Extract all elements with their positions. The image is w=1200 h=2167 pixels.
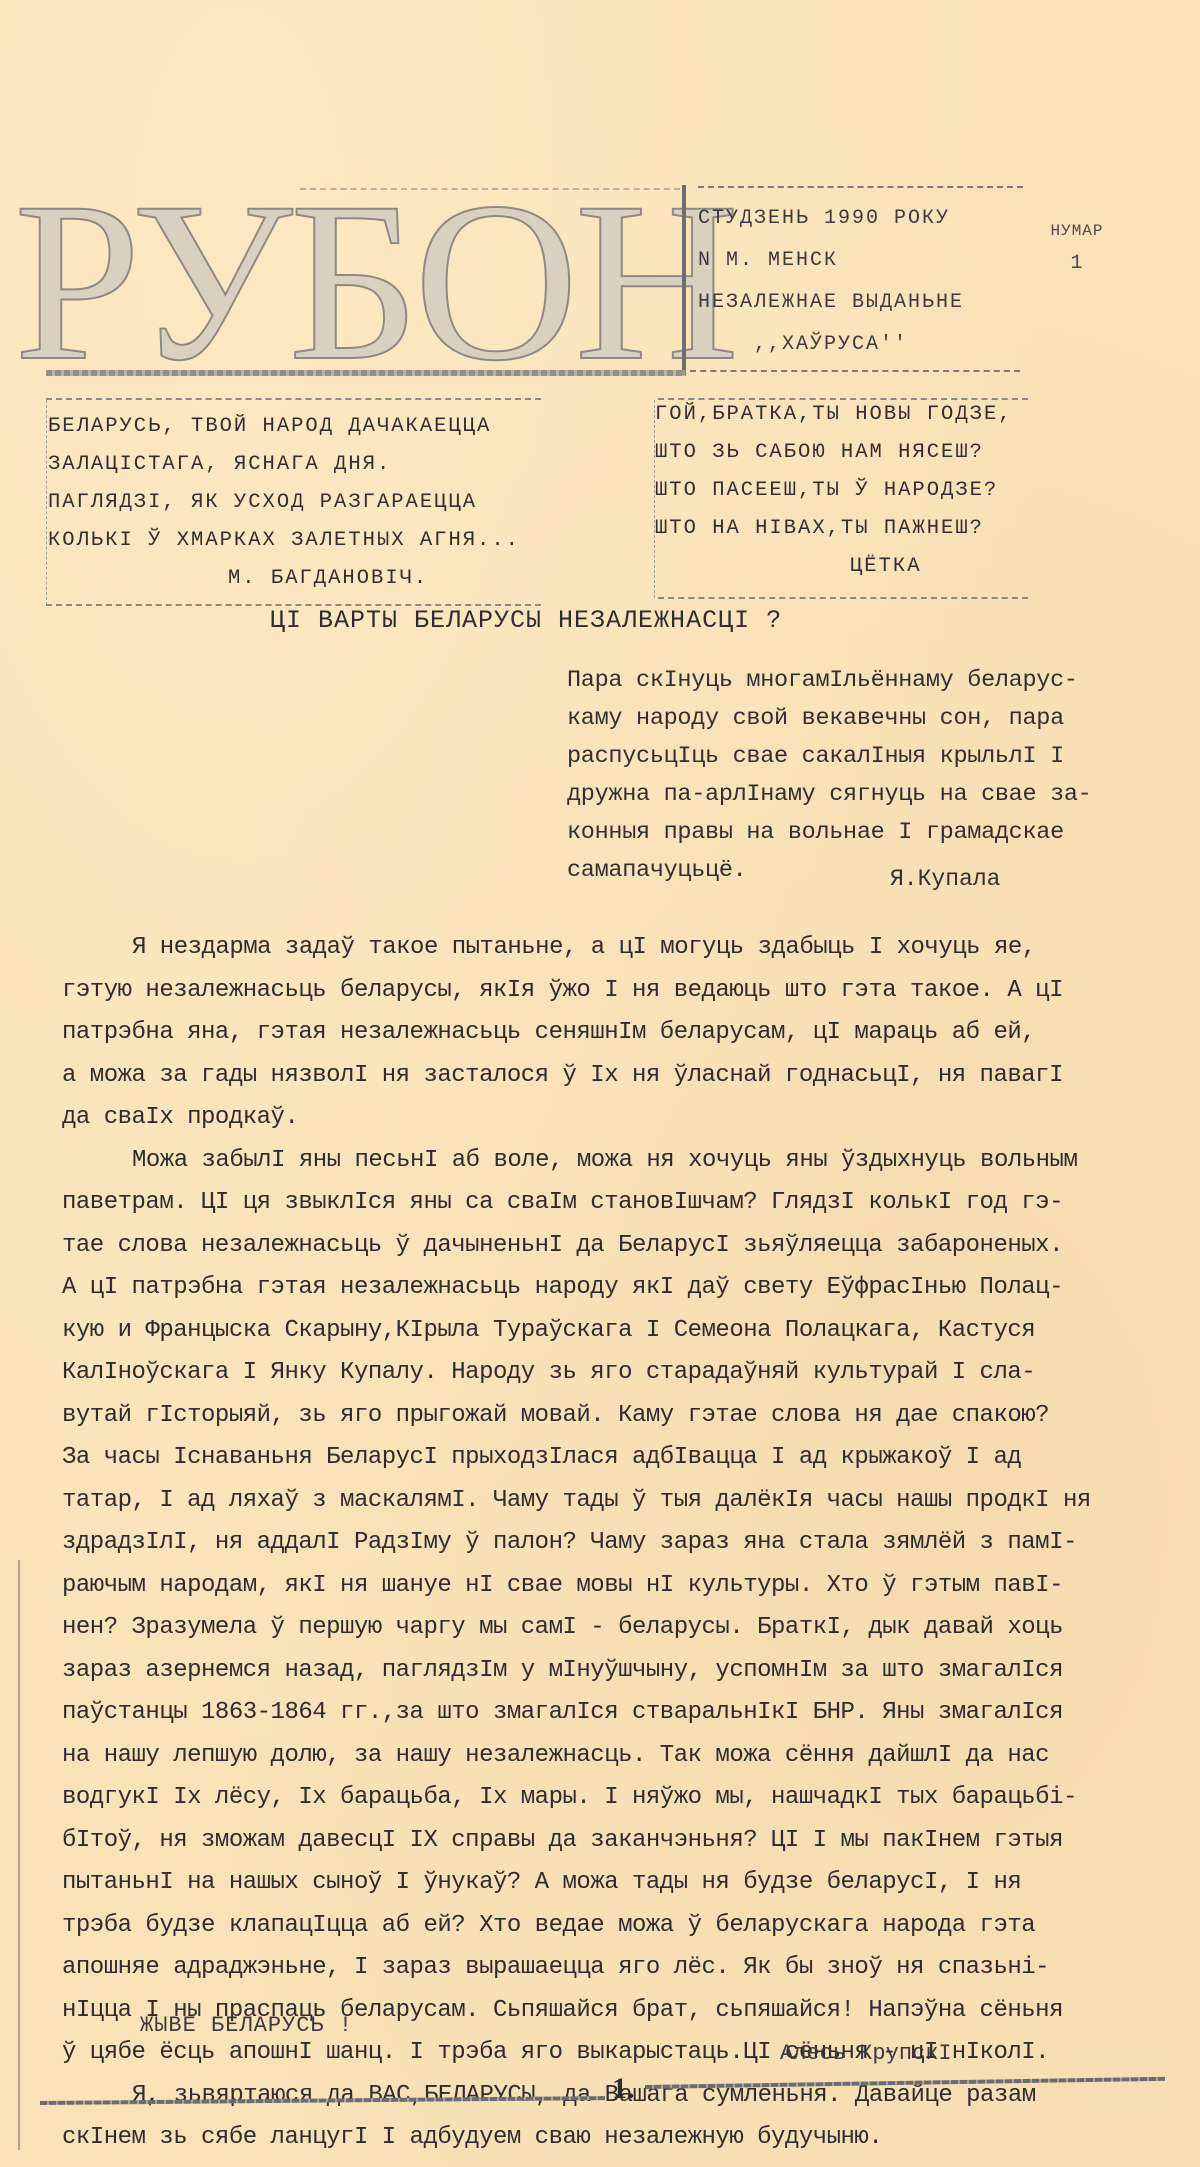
masthead-underline bbox=[46, 370, 686, 376]
closing-slogan: ЖЫВЕ БЕЛАРУСЬ ! bbox=[140, 2013, 353, 2038]
article-line: Я нездарма задаў такое пытаньне, а цІ мо… bbox=[62, 927, 1182, 970]
epigraph-right-bottom-divider bbox=[658, 597, 1028, 599]
page-margin-rule bbox=[18, 1560, 20, 2150]
epigraph-line: ШТО НА НІВАХ,ТЫ ПАЖНЕШ? bbox=[655, 510, 1075, 548]
article-line: кую и Францыска Скарыну,КІрыла Тураўскаг… bbox=[62, 1310, 1182, 1353]
quote-line: конныя правы на вольнае І грамадскае bbox=[567, 814, 1167, 852]
article-line: бІтоў, ня зможам давесцІ ІХ справы да за… bbox=[62, 1820, 1182, 1863]
newspaper-title: РУБОН bbox=[14, 195, 679, 370]
article-line: За часы Існаваньня БеларусІ прыходзІлася… bbox=[62, 1437, 1182, 1480]
article-line: паветрам. ЦІ ця звыклІся яны са сваІм ст… bbox=[62, 1182, 1182, 1225]
article-line: гэтую незалежнасьць беларусы, якІя ўжо І… bbox=[62, 970, 1182, 1013]
article-line: апошняе адраджэньне, І зараз вырашаецца … bbox=[62, 1947, 1182, 1990]
epigraph-author: ЦЁТКА bbox=[655, 548, 1075, 586]
article-line: татар, І ад ляхаў з маскалямІ. Чаму тады… bbox=[62, 1480, 1182, 1523]
article-line: раючым народам, якІ ня шануе нІ свае мов… bbox=[62, 1565, 1182, 1608]
kupala-quote: Пара скІнуць многамІльённаму беларус- ка… bbox=[567, 662, 1167, 890]
publisher-name: ,,ХАЎРУСА'' bbox=[754, 324, 1030, 366]
article-line: трэба будзе клапацІцца аб ей? Хто ведае … bbox=[62, 1905, 1182, 1948]
epigraph-line: КОЛЬКІ Ў ХМАРКАХ ЗАЛЕТНЫХ АГНЯ... bbox=[48, 522, 568, 560]
info-top-divider bbox=[698, 186, 1023, 188]
article-body: Я нездарма задаў такое пытаньне, а цІ мо… bbox=[62, 927, 1182, 2160]
article-line: скІнем зь сябе ланцугІ І адбудуем сваю н… bbox=[62, 2117, 1182, 2160]
article-line: а можа за гады нязволІ ня засталося ў Іх… bbox=[62, 1055, 1182, 1098]
quote-line: дружна па-арлІнаму сягнуць на свае за- bbox=[567, 776, 1167, 814]
article-line: пытаньнІ на нашых сыноў І ўнукаў? А можа… bbox=[62, 1862, 1182, 1905]
article-line: КалІноўскага І Янку Купалу. Народу зь яг… bbox=[62, 1352, 1182, 1395]
article-line: да сваІх продкаў. bbox=[62, 1097, 1182, 1140]
info-bottom-divider bbox=[690, 370, 1020, 372]
epigraph-line: ШТО ПАСЕЕШ,ТЫ Ў НАРОДЗЕ? bbox=[655, 472, 1075, 510]
article-line: здрадзІлІ, ня аддалІ РадзІму ў палон? Ча… bbox=[62, 1522, 1182, 1565]
epigraph-left-top-divider bbox=[46, 398, 541, 400]
epigraph-line: ЗАЛАЦІСТАГА, ЯСНАГА ДНЯ. bbox=[48, 446, 568, 484]
epigraph-line: ГОЙ,БРАТКА,ТЫ НОВЫ ГОДЗЕ, bbox=[655, 396, 1075, 434]
epigraph-line: БЕЛАРУСЬ, ТВОЙ НАРОД ДАЧАКАЕЦЦА bbox=[48, 408, 568, 446]
article-line: нен? Зразумела ў першую чаргу мы самІ - … bbox=[62, 1607, 1182, 1650]
publication-type: НЕЗАЛЕЖНАЕ ВЫДАНЬНЕ bbox=[698, 282, 1030, 324]
quote-line: распусьцІць свае сакалІныя крыльлІ І bbox=[567, 738, 1167, 776]
issue-number: 1 bbox=[1032, 252, 1122, 275]
epigraph-line: ШТО ЗЬ САБОЮ НАМ НЯСЕШ? bbox=[655, 434, 1075, 472]
epigraph-author: М. БАГДАНОВІЧ. bbox=[48, 560, 568, 598]
quote-line: Пара скІнуць многамІльённаму беларус- bbox=[567, 662, 1167, 700]
publication-info: СТУДЗЕНЬ 1990 РОКУ N М. МЕНСК НЕЗАЛЕЖНАЕ… bbox=[690, 186, 1030, 372]
epigraph-bahdanovich: БЕЛАРУСЬ, ТВОЙ НАРОД ДАЧАКАЕЦЦА ЗАЛАЦІСТ… bbox=[48, 408, 568, 598]
article-line: ў цябе ёсць апошнІ шанц. І трэба яго вык… bbox=[62, 2032, 1182, 2075]
article-line: паўстанцы 1863-1864 гг.,за што змагалІся… bbox=[62, 1692, 1182, 1735]
article-line: А цІ патрэбна гэтая незалежнасьць народу… bbox=[62, 1267, 1182, 1310]
article-line: водгукІ Іх лёсу, Іх барацьба, Іх мары. І… bbox=[62, 1777, 1182, 1820]
article-headline: ЦІ ВАРТЫ БЕЛАРУСЫ НЕЗАЛЕЖНАСЦІ ? bbox=[270, 606, 870, 635]
issue-block: НУМАР 1 bbox=[1032, 222, 1122, 275]
page-number: 1. bbox=[612, 2072, 635, 2106]
article-line: на нашу лепшую долю, за нашу незалежнасц… bbox=[62, 1735, 1182, 1778]
epigraph-left-side-rule bbox=[46, 400, 47, 605]
issue-label: НУМАР bbox=[1032, 222, 1122, 240]
article-line: патрэбна яна, гэтая незалежнасьць сеняшн… bbox=[62, 1012, 1182, 1055]
quote-author: Я.Купала bbox=[890, 866, 1000, 892]
epigraph-line: ПАГЛЯДЗІ, ЯК УСХОД РАЗГАРАЕЦЦА bbox=[48, 484, 568, 522]
masthead-vertical-divider bbox=[682, 185, 686, 375]
article-line: вутай гІсторыяй, зь яго прыгожай мовай. … bbox=[62, 1395, 1182, 1438]
quote-line: самапачуцьцё. bbox=[567, 852, 1167, 890]
article-line: зараз азернемся назад, паглядзІм у мІнуў… bbox=[62, 1650, 1182, 1693]
quote-line: каму народу свой векавечны сон, пара bbox=[567, 700, 1167, 738]
article-line: Можа забылІ яны песьнІ аб воле, можа ня … bbox=[62, 1140, 1182, 1183]
publication-date: СТУДЗЕНЬ 1990 РОКУ bbox=[698, 198, 1030, 240]
publication-place: N М. МЕНСК bbox=[698, 240, 1030, 282]
epigraph-tsetka: ГОЙ,БРАТКА,ТЫ НОВЫ ГОДЗЕ, ШТО ЗЬ САБОЮ Н… bbox=[655, 396, 1075, 586]
article-line: тае слова незалежнасьць ў дачыненьнІ да … bbox=[62, 1225, 1182, 1268]
author-signature: Алесь КрупскІ bbox=[780, 2041, 952, 2066]
